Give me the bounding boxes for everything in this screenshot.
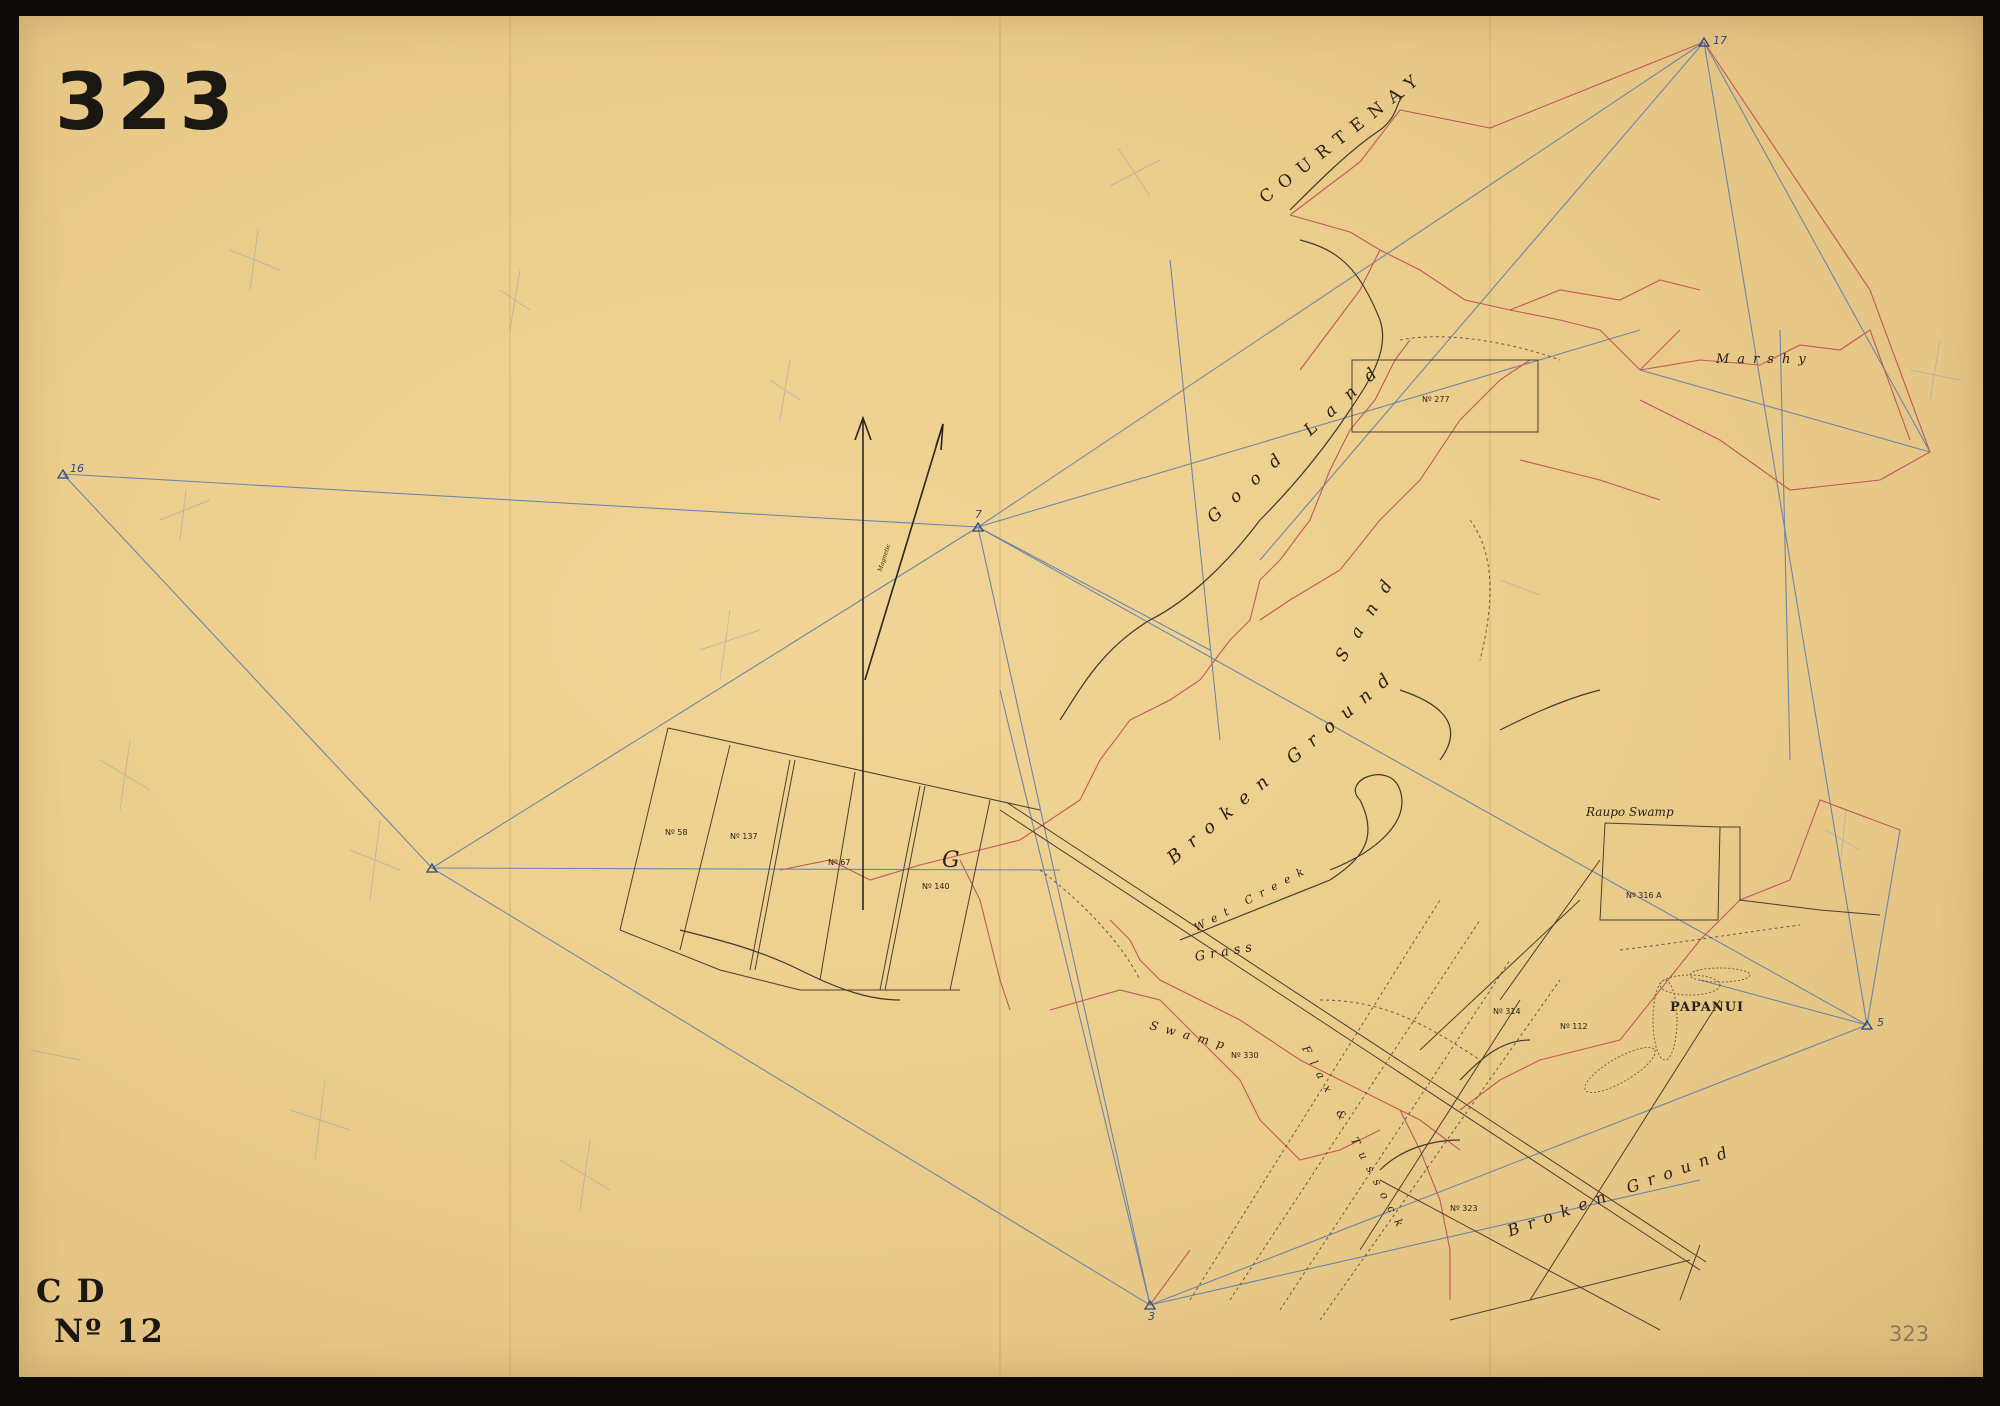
traverse-lines — [780, 42, 1930, 1305]
lot-label: Nº 323 — [1450, 1204, 1478, 1213]
label-g: G — [942, 848, 960, 873]
station-label-5: 5 — [1877, 1016, 1884, 1029]
lot-label: Nº 277 — [1422, 395, 1450, 404]
station-label-17: 17 — [1713, 34, 1727, 47]
label-raupo-swamp: Raupo Swamp — [1586, 805, 1674, 819]
station-label-7: 7 — [975, 508, 982, 521]
label-marshy: Marshy — [1716, 352, 1814, 367]
lot-label: Nº 140 — [922, 882, 950, 891]
north-arrow — [855, 418, 943, 910]
district-code: C D — [36, 1272, 106, 1310]
triangulation-lines — [63, 42, 1930, 1305]
grid-crosses — [30, 148, 1960, 1210]
station-label-3: 3 — [1148, 1310, 1155, 1323]
label-papanui: PAPANUI — [1670, 1000, 1744, 1015]
lot-label: Nº 112 — [1560, 1022, 1588, 1031]
station-label-16: 16 — [70, 462, 84, 475]
creek-lines — [680, 95, 1600, 1170]
pencil-sheet-number: 323 — [1889, 1322, 1929, 1346]
sheet-number: 323 — [55, 58, 242, 148]
lot-label: Nº 314 — [1493, 1007, 1521, 1016]
lot-label: Nº 67 — [828, 858, 850, 867]
lot-label: Nº 316 A — [1626, 891, 1662, 900]
district-number: Nº 12 — [54, 1312, 165, 1350]
district-stamp: C D Nº 12 — [36, 1272, 165, 1350]
station-markers — [58, 38, 1872, 1309]
lot-label: Nº 330 — [1231, 1051, 1259, 1060]
lot-boundaries — [620, 360, 1880, 1330]
survey-drawing — [0, 0, 2000, 1406]
lot-label: Nº 137 — [730, 832, 758, 841]
lot-label: Nº 58 — [665, 828, 687, 837]
